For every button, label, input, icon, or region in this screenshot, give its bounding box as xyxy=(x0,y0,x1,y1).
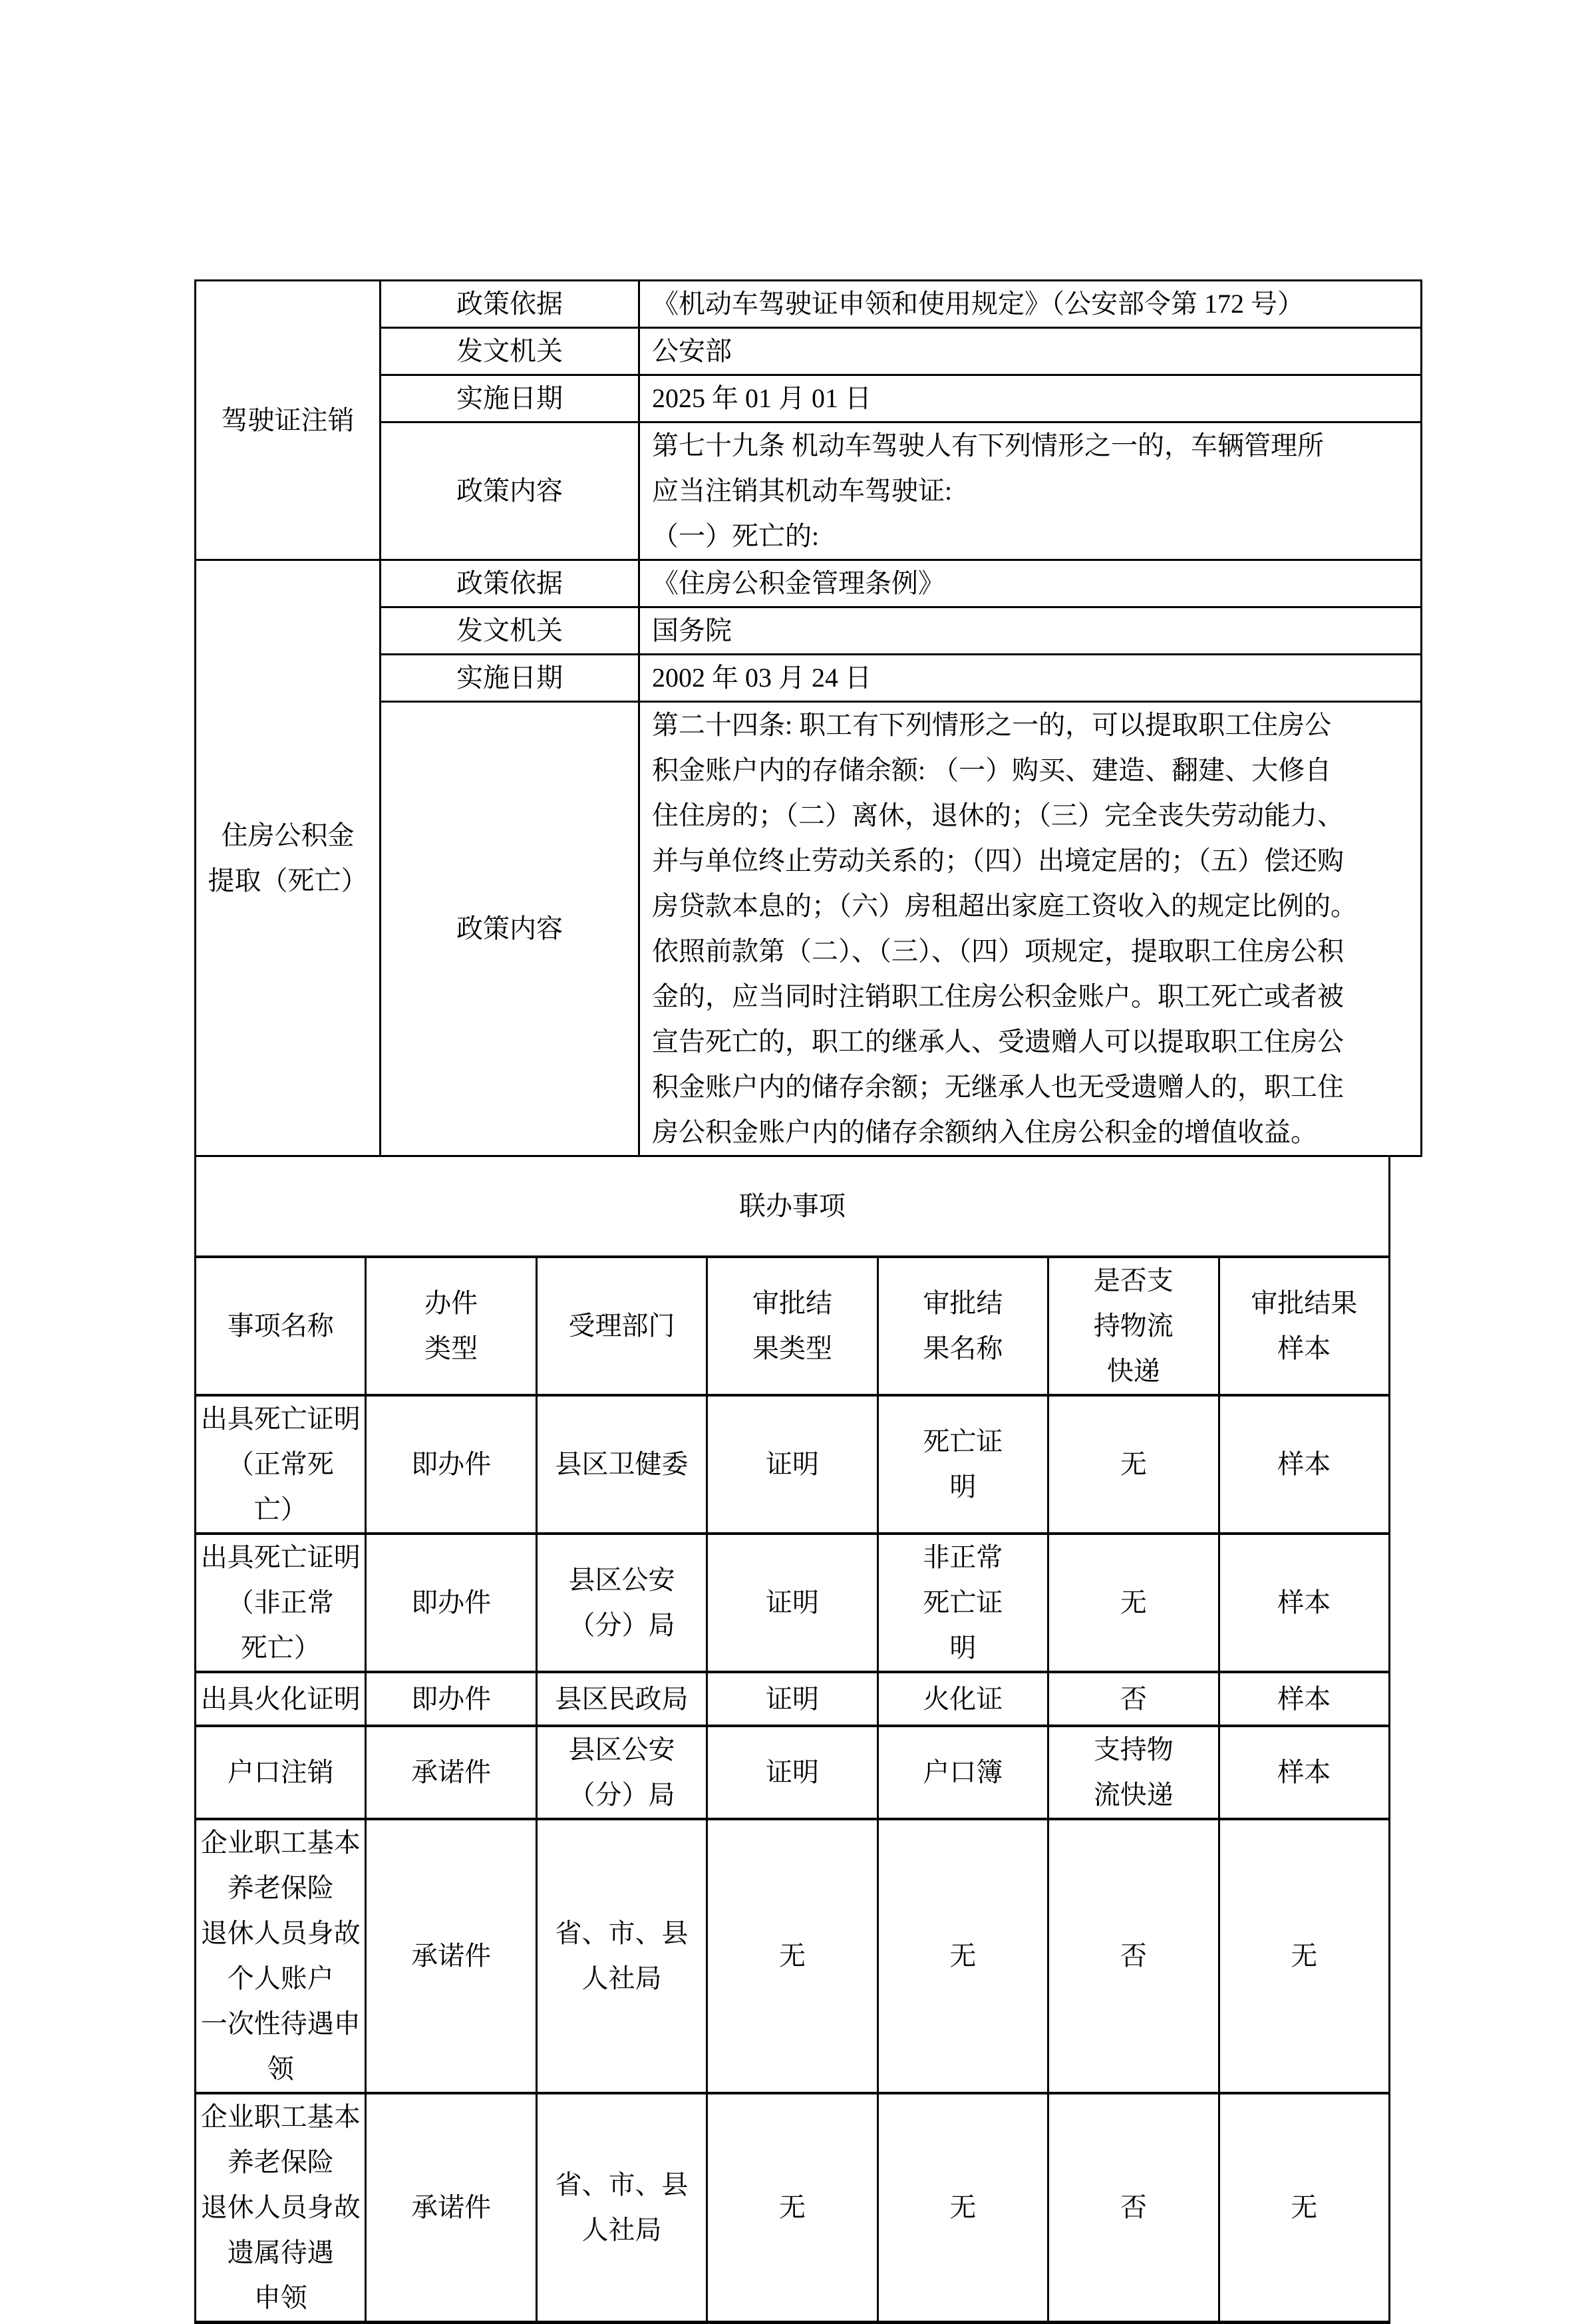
table-cell: 省、市、县 人社局 xyxy=(536,2093,707,2323)
table-cell: 企业职工基本养老保险 退休人员身故个人账户 一次性待遇申领 xyxy=(196,1819,366,2093)
section-title-cell: 驾驶证注销 xyxy=(196,281,381,560)
table-cell: 证明 xyxy=(707,1395,877,1534)
table-cell: 出具火化证明 xyxy=(196,1672,366,1726)
table-row: 出具死亡证明（非正常 死亡） 即办件 县区公安 （分）局 证明 非正常 死亡证 … xyxy=(196,1534,1390,1672)
table-cell: 县区公安 （分）局 xyxy=(536,1534,707,1672)
policy-value-cell: 《机动车驾驶证申领和使用规定》（公安部令第 172 号） xyxy=(639,281,1422,328)
table-cell: 即办件 xyxy=(366,1672,536,1726)
table-cell: 无 xyxy=(707,1819,877,2093)
table-cell: 省、市、县 人社局 xyxy=(536,1819,707,2093)
column-header: 办件 类型 xyxy=(366,1257,536,1395)
column-header: 是否支 持物流 快递 xyxy=(1048,1257,1219,1395)
policy-value-cell: 公安部 xyxy=(639,328,1422,375)
joint-header-row: 事项名称 办件 类型 受理部门 审批结 果类型 审批结 果名称 是否支 持物流 … xyxy=(196,1257,1390,1395)
table-cell: 无 xyxy=(1048,1395,1219,1534)
table-row: 出具死亡证明（正常死 亡） 即办件 县区卫健委 证明 死亡证 明 无 样本 xyxy=(196,1395,1390,1534)
column-header: 审批结果 样本 xyxy=(1219,1257,1389,1395)
table-cell: 承诺件 xyxy=(366,1726,536,1819)
table-cell: 非正常 死亡证 明 xyxy=(877,1534,1048,1672)
table-cell: 无 xyxy=(877,1819,1048,2093)
section-title-cell: 住房公积金 提取（死亡） xyxy=(196,560,381,1156)
table-cell: 户口注销 xyxy=(196,1726,366,1819)
table-cell: 承诺件 xyxy=(366,2093,536,2323)
policy-value-cell: 国务院 xyxy=(639,607,1422,655)
table-cell: 样本 xyxy=(1219,1395,1389,1534)
policy-label-cell: 发文机关 xyxy=(381,328,639,375)
joint-title-row: 联办事项 xyxy=(196,1157,1390,1257)
policy-document: 驾驶证注销 政策依据 《机动车驾驶证申领和使用规定》（公安部令第 172 号） … xyxy=(194,279,1390,2324)
table-cell: 县区公安 （分）局 xyxy=(536,1726,707,1819)
table-cell: 出具死亡证明（正常死 亡） xyxy=(196,1395,366,1534)
table-cell: 出具死亡证明（非正常 死亡） xyxy=(196,1534,366,1672)
table-cell: 无 xyxy=(877,2093,1048,2323)
table-cell: 县区民政局 xyxy=(536,1672,707,1726)
joint-title: 联办事项 xyxy=(196,1157,1390,1257)
column-header: 审批结 果名称 xyxy=(877,1257,1048,1395)
policy-label-cell: 政策内容 xyxy=(381,422,639,560)
table-cell: 证明 xyxy=(707,1534,877,1672)
table-row: 出具火化证明 即办件 县区民政局 证明 火化证 否 样本 xyxy=(196,1672,1390,1726)
policy-value-cell: 《住房公积金管理条例》 xyxy=(639,560,1422,607)
column-header: 审批结 果类型 xyxy=(707,1257,877,1395)
policy-value-cell: 2025 年 01 月 01 日 xyxy=(639,375,1422,422)
policy-content-cell: 第七十九条 机动车驾驶人有下列情形之一的，车辆管理所 应当注销其机动车驾驶证: … xyxy=(639,422,1422,560)
table-cell: 样本 xyxy=(1219,1534,1389,1672)
table-row: 企业职工基本养老保险 退休人员身故遗属待遇 申领 承诺件 省、市、县 人社局 无… xyxy=(196,2093,1390,2323)
policy-label-cell: 实施日期 xyxy=(381,655,639,702)
table-cell: 户口簿 xyxy=(877,1726,1048,1819)
table-row: 住房公积金 提取（死亡） 政策依据 《住房公积金管理条例》 xyxy=(196,560,1422,607)
table-cell: 证明 xyxy=(707,1672,877,1726)
table-cell: 死亡证 明 xyxy=(877,1395,1048,1534)
table-row: 企业职工基本养老保险 退休人员身故个人账户 一次性待遇申领 承诺件 省、市、县 … xyxy=(196,1819,1390,2093)
table-cell: 火化证 xyxy=(877,1672,1048,1726)
table-cell: 否 xyxy=(1048,1672,1219,1726)
joint-matters-table: 联办事项 事项名称 办件 类型 受理部门 审批结 果类型 审批结 果名称 是否支… xyxy=(194,1157,1390,2324)
policy-label-cell: 发文机关 xyxy=(381,607,639,655)
table-cell: 无 xyxy=(1219,2093,1389,2323)
policy-label-cell: 政策依据 xyxy=(381,281,639,328)
table-row: 驾驶证注销 政策依据 《机动车驾驶证申领和使用规定》（公安部令第 172 号） xyxy=(196,281,1422,328)
table-row: 户口注销 承诺件 县区公安 （分）局 证明 户口簿 支持物 流快递 样本 xyxy=(196,1726,1390,1819)
table-cell: 即办件 xyxy=(366,1395,536,1534)
policy-label-cell: 实施日期 xyxy=(381,375,639,422)
table-cell: 证明 xyxy=(707,1726,877,1819)
table-cell: 样本 xyxy=(1219,1726,1389,1819)
table-cell: 即办件 xyxy=(366,1534,536,1672)
table-cell: 企业职工基本养老保险 退休人员身故遗属待遇 申领 xyxy=(196,2093,366,2323)
policy-value-cell: 2002 年 03 月 24 日 xyxy=(639,655,1422,702)
table-cell: 支持物 流快递 xyxy=(1048,1726,1219,1819)
table-cell: 县区卫健委 xyxy=(536,1395,707,1534)
policy-label-cell: 政策依据 xyxy=(381,560,639,607)
document-page: { "colors": { "page_background": "#fffff… xyxy=(0,0,1584,2240)
table-cell: 样本 xyxy=(1219,1672,1389,1726)
table-cell: 否 xyxy=(1048,2093,1219,2323)
table-cell: 无 xyxy=(707,2093,877,2323)
policy-label-cell: 政策内容 xyxy=(381,702,639,1156)
policy-table: 驾驶证注销 政策依据 《机动车驾驶证申领和使用规定》（公安部令第 172 号） … xyxy=(194,279,1422,1157)
table-cell: 无 xyxy=(1219,1819,1389,2093)
table-cell: 否 xyxy=(1048,1819,1219,2093)
column-header: 受理部门 xyxy=(536,1257,707,1395)
policy-content-cell: 第二十四条: 职工有下列情形之一的，可以提取职工住房公 积金账户内的存储余额: … xyxy=(639,702,1422,1156)
table-cell: 无 xyxy=(1048,1534,1219,1672)
table-cell: 承诺件 xyxy=(366,1819,536,2093)
column-header: 事项名称 xyxy=(196,1257,366,1395)
